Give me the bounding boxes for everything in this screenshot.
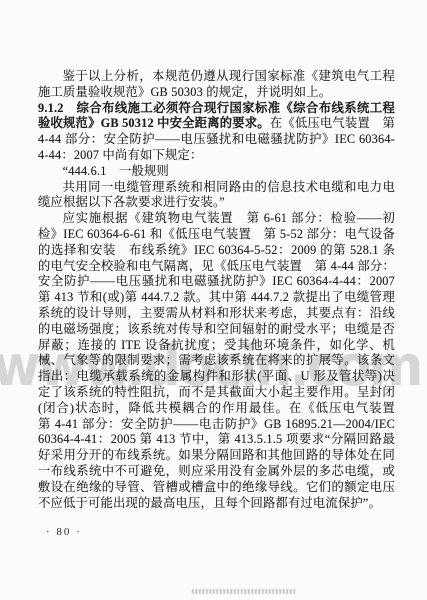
paragraph-commentary: 应实施根据《建筑物电气装置 第 6-61 部分：检验——初检》IEC 60364…: [38, 211, 395, 511]
page-number: · 80 ·: [46, 526, 82, 538]
paragraph-rule-quote: 共用同一电缆管理系统和相同路由的信息技术电缆和电力电缆应根据以下各款要求进行安装…: [38, 180, 395, 212]
body-text: 鉴于以上分析，本规范仍遵从现行国家标准《建筑电气工程施工质量验收规范》GB 50…: [38, 69, 395, 511]
scanned-document-page: www.docin.com 鉴于以上分析，本规范仍遵从现行国家标准《建筑电气工程…: [0, 0, 427, 600]
paragraph-rule-heading: “444.6.1 一般规则: [38, 164, 395, 180]
paragraph-intro: 鉴于以上分析，本规范仍遵从现行国家标准《建筑电气工程施工质量验收规范》GB 50…: [38, 69, 395, 101]
paragraph-clause-912: 9.1.2 综合布线施工必须符合现行国家标准《综合布线系统工程验收规范》GB 5…: [38, 101, 395, 164]
footer-stamp-illegible: [192, 589, 296, 594]
